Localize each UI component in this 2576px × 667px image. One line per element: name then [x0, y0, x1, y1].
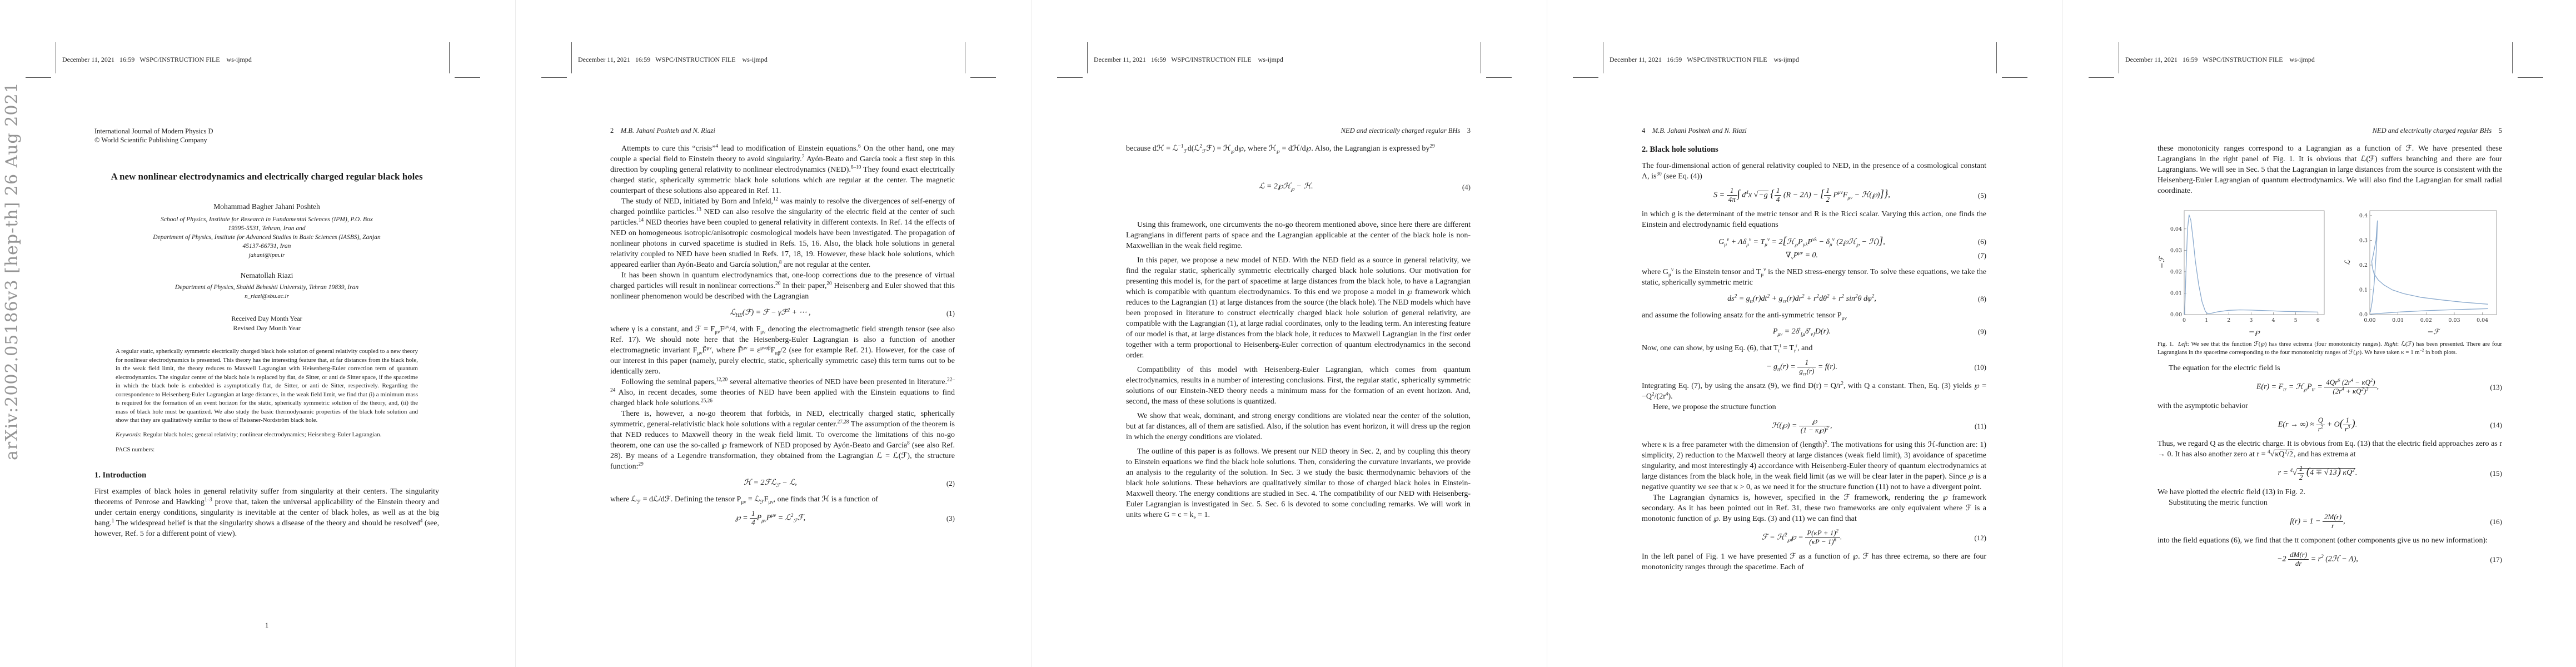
- author-affiliation: Department of Physics, Shahid Beheshti U…: [94, 283, 439, 292]
- equation: r = 4√12 (4 ∓ √13) κQ2.: [2158, 465, 2478, 482]
- svg-text:−ℱ: −ℱ: [2427, 328, 2440, 336]
- svg-text:0.4: 0.4: [2359, 213, 2368, 219]
- running-head: 2 M.B. Jahani Poshteh and N. Riazi: [610, 127, 955, 135]
- crop-mark: [2518, 77, 2543, 78]
- equation-number: (4): [1446, 182, 1471, 192]
- svg-text:ℒ: ℒ: [2344, 260, 2352, 265]
- equation: ∇νPμν = 0.: [1642, 250, 1962, 262]
- proof-header: December 11, 2021 16:59 WSPC/INSTRUCTION…: [62, 56, 252, 64]
- equation-17: −2 dM(r)dr = r2 (2ℋ − Λ), (17): [2158, 551, 2502, 568]
- svg-text:2: 2: [2227, 317, 2230, 323]
- author-name: Mohammad Bagher Jahani Poshteh: [94, 202, 439, 212]
- equation-number: (16): [2478, 516, 2502, 527]
- arxiv-watermark: arXiv:2002.05186v3 [hep-th] 26 Aug 2021: [2, 82, 22, 460]
- copyright-line: © World Scientific Publishing Company: [94, 136, 439, 145]
- paragraph: We have plotted the electric field (13) …: [2158, 487, 2502, 497]
- paragraph: and assume the following ansatz for the …: [1642, 310, 1986, 321]
- paragraph: where γ is a constant, and ℱ = FμνFμν/4,…: [610, 324, 955, 377]
- equation-1: ℒHE(ℱ) = ℱ − γℱ2 + ⋯ , (1): [610, 307, 955, 319]
- running-head: NED and electrically charged regular BHs…: [1126, 127, 1471, 135]
- proof-header: December 11, 2021 16:59 WSPC/INSTRUCTION…: [1610, 56, 1799, 64]
- equation-number: (5): [1962, 190, 1986, 201]
- page-number: 1: [94, 621, 439, 630]
- equation-16: f(r) = 1 − 2M(r)r, (16): [2158, 513, 2502, 530]
- paragraph: We show that weak, dominant, and strong …: [1126, 411, 1471, 442]
- svg-text:0.00: 0.00: [2364, 317, 2375, 323]
- equation: − gtt(r) = 1grr(r) = f(r).: [1642, 359, 1962, 376]
- equation: ℒ = 2℘ℋ℘ − ℋ.: [1126, 181, 1446, 193]
- crop-mark: [2512, 42, 2513, 73]
- journal-name: International Journal of Modern Physics …: [94, 127, 439, 136]
- author-affiliation: Department of Physics, Institute for Adv…: [94, 233, 439, 242]
- page-4: December 11, 2021 16:59 WSPC/INSTRUCTION…: [1547, 0, 2062, 667]
- svg-text:−℘: −℘: [2249, 328, 2260, 336]
- svg-text:0.03: 0.03: [2170, 247, 2182, 253]
- paragraph: Thus, we regard Q as the electric charge…: [2158, 439, 2502, 460]
- figure1-right-plot: 0.000.010.020.030.040.00.10.20.30.4−ℱℒ: [2343, 205, 2502, 336]
- svg-text:0.01: 0.01: [2392, 317, 2404, 323]
- equation-number: (14): [2478, 420, 2502, 430]
- page-5-content: these monotonicity ranges correspond to …: [2158, 143, 2502, 573]
- equation: f(r) = 1 − 2M(r)r,: [2158, 513, 2478, 530]
- paragraph: In the left panel of Fig. 1 we have pres…: [1642, 551, 1986, 573]
- paragraph: into the field equations (6), we find th…: [2158, 535, 2502, 546]
- svg-text:1: 1: [2205, 317, 2208, 323]
- equation-15: r = 4√12 (4 ∓ √13) κQ2. (15): [2158, 465, 2502, 482]
- crop-mark: [2089, 77, 2114, 78]
- svg-text:0.01: 0.01: [2170, 290, 2182, 296]
- figure1-left-plot: 01234560.000.010.020.030.04−℘−ℱ: [2158, 205, 2330, 336]
- equation-number: (3): [930, 513, 955, 524]
- paragraph: Now, one can show, by using Eq. (6), tha…: [1642, 343, 1986, 354]
- svg-text:0.04: 0.04: [2477, 317, 2488, 323]
- crop-mark: [571, 42, 572, 73]
- proof-header: December 11, 2021 16:59 WSPC/INSTRUCTION…: [1094, 56, 1283, 64]
- svg-text:0.03: 0.03: [2448, 317, 2460, 323]
- paragraph: The study of NED, initiated by Born and …: [610, 196, 955, 270]
- page-1: December 11, 2021 16:59 WSPC/INSTRUCTION…: [0, 0, 515, 667]
- section-heading-black-hole-solutions: 2. Black hole solutions: [1642, 145, 1986, 155]
- crop-mark: [2119, 42, 2119, 73]
- svg-text:3: 3: [2249, 317, 2253, 323]
- equation-14: E(r → ∞) ≈ Qr2 + O(1r3). (14): [2158, 416, 2502, 434]
- svg-text:0.3: 0.3: [2359, 237, 2368, 243]
- paragraph: In this paper, we propose a new model of…: [1126, 255, 1471, 361]
- paragraph: Here, we propose the structure function: [1642, 402, 1986, 412]
- crop-mark: [1087, 42, 1088, 73]
- svg-text:4: 4: [2271, 317, 2275, 323]
- paragraph: Using this framework, one circumvents th…: [1126, 220, 1471, 251]
- equation: Gμν + Λδμν = Tμν = 2[ℋ℘PμλPνλ − δμν (2℘ℋ…: [1642, 235, 1962, 248]
- proof-header: December 11, 2021 16:59 WSPC/INSTRUCTION…: [578, 56, 768, 64]
- author-affiliation: 45137-66731, Iran: [94, 242, 439, 251]
- page-2: December 11, 2021 16:59 WSPC/INSTRUCTION…: [515, 0, 1031, 667]
- equation-4: ℒ = 2℘ℋ℘ − ℋ. (4): [1126, 181, 1471, 193]
- equation-7: ∇νPμν = 0. (7): [1642, 250, 1986, 262]
- svg-text:0.00: 0.00: [2170, 312, 2182, 318]
- equation: ℱ = ℋ2℘℘ = P(κP + 1)2(κP − 1)6.: [1642, 529, 1962, 546]
- equation-8: ds2 = gtt(r)dt2 + grr(r)dr2 + r2dθ2 + r2…: [1642, 293, 1986, 305]
- author-affiliation: School of Physics, Institute for Researc…: [94, 215, 439, 224]
- svg-text:0.0: 0.0: [2359, 312, 2368, 318]
- received-date: Received Day Month Year: [94, 314, 439, 323]
- equation: ℋ = 2ℱℒℱ − ℒ,: [610, 477, 930, 489]
- running-head: NED and electrically charged regular BHs…: [2158, 127, 2502, 135]
- page-5: December 11, 2021 16:59 WSPC/INSTRUCTION…: [2062, 0, 2576, 667]
- paragraph: There is, however, a no-go theorem that …: [610, 409, 955, 472]
- equation-number: (15): [2478, 468, 2502, 479]
- equation-10: − gtt(r) = 1grr(r) = f(r). (10): [1642, 359, 1986, 376]
- crop-mark: [1057, 77, 1083, 78]
- svg-text:−ℱ: −ℱ: [2158, 255, 2166, 268]
- svg-text:0.2: 0.2: [2359, 262, 2368, 268]
- equation-number: (8): [1962, 293, 1986, 304]
- equation-number: (7): [1962, 250, 1986, 261]
- equation: ℋ(℘) = ℘(1 − κ℘)2,: [1642, 417, 1962, 435]
- crop-mark: [1996, 42, 1997, 73]
- svg-text:0.1: 0.1: [2359, 287, 2368, 293]
- section-heading-introduction: 1. Introduction: [94, 470, 439, 481]
- equation-2: ℋ = 2ℱℒℱ − ℒ, (2): [610, 477, 955, 489]
- paragraph: where Gμν is the Einstein tensor and Tμν…: [1642, 267, 1986, 288]
- paragraph: in which g is the determinant of the met…: [1642, 209, 1986, 230]
- equation-number: (2): [930, 478, 955, 489]
- paper-title: A new nonlinear electrodynamics and elec…: [94, 170, 439, 183]
- paragraph: Substituting the metric function: [2158, 497, 2502, 508]
- equation-number: (13): [2478, 382, 2502, 392]
- crop-mark: [1481, 42, 1481, 73]
- crop-mark: [1573, 77, 1598, 78]
- equation-6: Gμν + Λδμν = Tμν = 2[ℋ℘PμλPνλ − δμν (2℘ℋ…: [1642, 235, 1986, 248]
- equation: Pμν = 2δt[μδrν]D(r).: [1642, 326, 1962, 338]
- paragraph: where ℒℱ = dℒ/dℱ. Defining the tensor Pμ…: [610, 494, 955, 505]
- svg-text:0: 0: [2183, 317, 2186, 323]
- paragraph: with the asymptotic behavior: [2158, 401, 2502, 411]
- equation: ℒHE(ℱ) = ℱ − γℱ2 + ⋯ ,: [610, 307, 930, 319]
- author-name: Nematollah Riazi: [94, 271, 439, 281]
- pacs-numbers: PACS numbers:: [116, 446, 418, 455]
- revised-date: Revised Day Month Year: [94, 323, 439, 333]
- figure-1: 01234560.000.010.020.030.04−℘−ℱ 0.000.01…: [2158, 205, 2502, 336]
- equation: E(r) = Ftr = ℋ℘Ptr = 4Qr6 (2r4 − κQ2)(2r…: [2158, 379, 2478, 396]
- svg-text:6: 6: [2316, 317, 2320, 323]
- author-email: jahani@ipm.ir: [94, 251, 439, 260]
- paragraph: Attempts to cure this “crisis”4 lead to …: [610, 143, 955, 196]
- equation-11: ℋ(℘) = ℘(1 − κ℘)2, (11): [1642, 417, 1986, 435]
- keywords: Keywords: Regular black holes; general r…: [116, 431, 418, 440]
- equation: −2 dM(r)dr = r2 (2ℋ − Λ),: [2158, 551, 2478, 568]
- crop-mark: [970, 77, 996, 78]
- paragraph: First examples of black holes in general…: [94, 486, 439, 539]
- equation-number: (12): [1962, 532, 1986, 543]
- paragraph: Compatibility of this model with Heisenb…: [1126, 365, 1471, 407]
- svg-text:0.04: 0.04: [2170, 226, 2182, 232]
- abstract: A regular static, spherically symmetric …: [116, 347, 418, 425]
- crop-mark: [26, 77, 51, 78]
- equation-number: (11): [1962, 421, 1986, 431]
- equation-5: S = 14π∫ d4x √−g {14 (R − 2Λ) − [12 PμνF…: [1642, 187, 1986, 204]
- equation-number: (10): [1962, 362, 1986, 372]
- crop-mark: [2002, 77, 2027, 78]
- crop-mark: [56, 42, 56, 73]
- equation-13: E(r) = Ftr = ℋ℘Ptr = 4Qr6 (2r4 − κQ2)(2r…: [2158, 379, 2502, 396]
- page-2-content: Attempts to cure this “crisis”4 lead to …: [610, 143, 955, 532]
- crop-mark: [449, 42, 450, 73]
- paragraph: The four-dimensional action of general r…: [1642, 161, 1986, 182]
- page-3-content: because dℋ = ℒ−1ℱd(ℒ2ℱℱ) = ℋ℘d℘, where ℋ…: [1126, 143, 1471, 520]
- figure1-caption: Fig. 1. Left: We see that the function ℱ…: [2158, 340, 2502, 356]
- svg-text:0.02: 0.02: [2420, 317, 2432, 323]
- proof-header: December 11, 2021 16:59 WSPC/INSTRUCTION…: [2125, 56, 2315, 64]
- equation-number: (6): [1962, 236, 1986, 247]
- page-1-content: International Journal of Modern Physics …: [94, 127, 439, 539]
- paragraph: The equation for the electric field is: [2158, 363, 2502, 374]
- equation-3: ℘ = 14PμνPμν = ℒ2ℱℱ, (3): [610, 510, 955, 527]
- running-head: 4 M.B. Jahani Poshteh and N. Riazi: [1642, 127, 1986, 135]
- crop-mark: [1603, 42, 1603, 73]
- equation-number: (9): [1962, 326, 1986, 337]
- equation: ℘ = 14PμνPμν = ℒ2ℱℱ,: [610, 510, 930, 527]
- paragraph: Integrating Eq. (7), by using the ansatz…: [1642, 381, 1986, 402]
- svg-text:5: 5: [2294, 317, 2298, 323]
- document-strip: December 11, 2021 16:59 WSPC/INSTRUCTION…: [0, 0, 2576, 667]
- page-3: December 11, 2021 16:59 WSPC/INSTRUCTION…: [1031, 0, 1547, 667]
- paragraph: because dℋ = ℒ−1ℱd(ℒ2ℱℱ) = ℋ℘d℘, where ℋ…: [1126, 143, 1471, 154]
- page-4-content: 2. Black hole solutions The four-dimensi…: [1642, 143, 1986, 573]
- equation-12: ℱ = ℋ2℘℘ = P(κP + 1)2(κP − 1)6. (12): [1642, 529, 1986, 546]
- author-affiliation: 19395-5531, Tehran, Iran and: [94, 224, 439, 233]
- paragraph: Following the seminal papers,12,20 sever…: [610, 377, 955, 409]
- equation-number: (1): [930, 308, 955, 318]
- crop-mark: [1486, 77, 1512, 78]
- crop-mark: [541, 77, 567, 78]
- equation-9: Pμν = 2δt[μδrν]D(r). (9): [1642, 326, 1986, 338]
- author-email: n_riazi@sbu.ac.ir: [94, 292, 439, 301]
- equation-number: (17): [2478, 554, 2502, 565]
- paragraph: these monotonicity ranges correspond to …: [2158, 143, 2502, 196]
- crop-mark: [965, 42, 965, 73]
- svg-text:0.02: 0.02: [2170, 269, 2182, 275]
- paragraph: where κ is a free parameter with the dim…: [1642, 440, 1986, 492]
- equation: ds2 = gtt(r)dt2 + grr(r)dr2 + r2dθ2 + r2…: [1642, 293, 1962, 305]
- equation: E(r → ∞) ≈ Qr2 + O(1r3).: [2158, 416, 2478, 434]
- equation: S = 14π∫ d4x √−g {14 (R − 2Λ) − [12 PμνF…: [1642, 187, 1962, 204]
- paragraph: The outline of this paper is as follows.…: [1126, 446, 1471, 520]
- crop-mark: [455, 77, 480, 78]
- paragraph: The Lagrangian dynamics is, however, spe…: [1642, 492, 1986, 524]
- paragraph: It has been shown in quantum electrodyna…: [610, 270, 955, 302]
